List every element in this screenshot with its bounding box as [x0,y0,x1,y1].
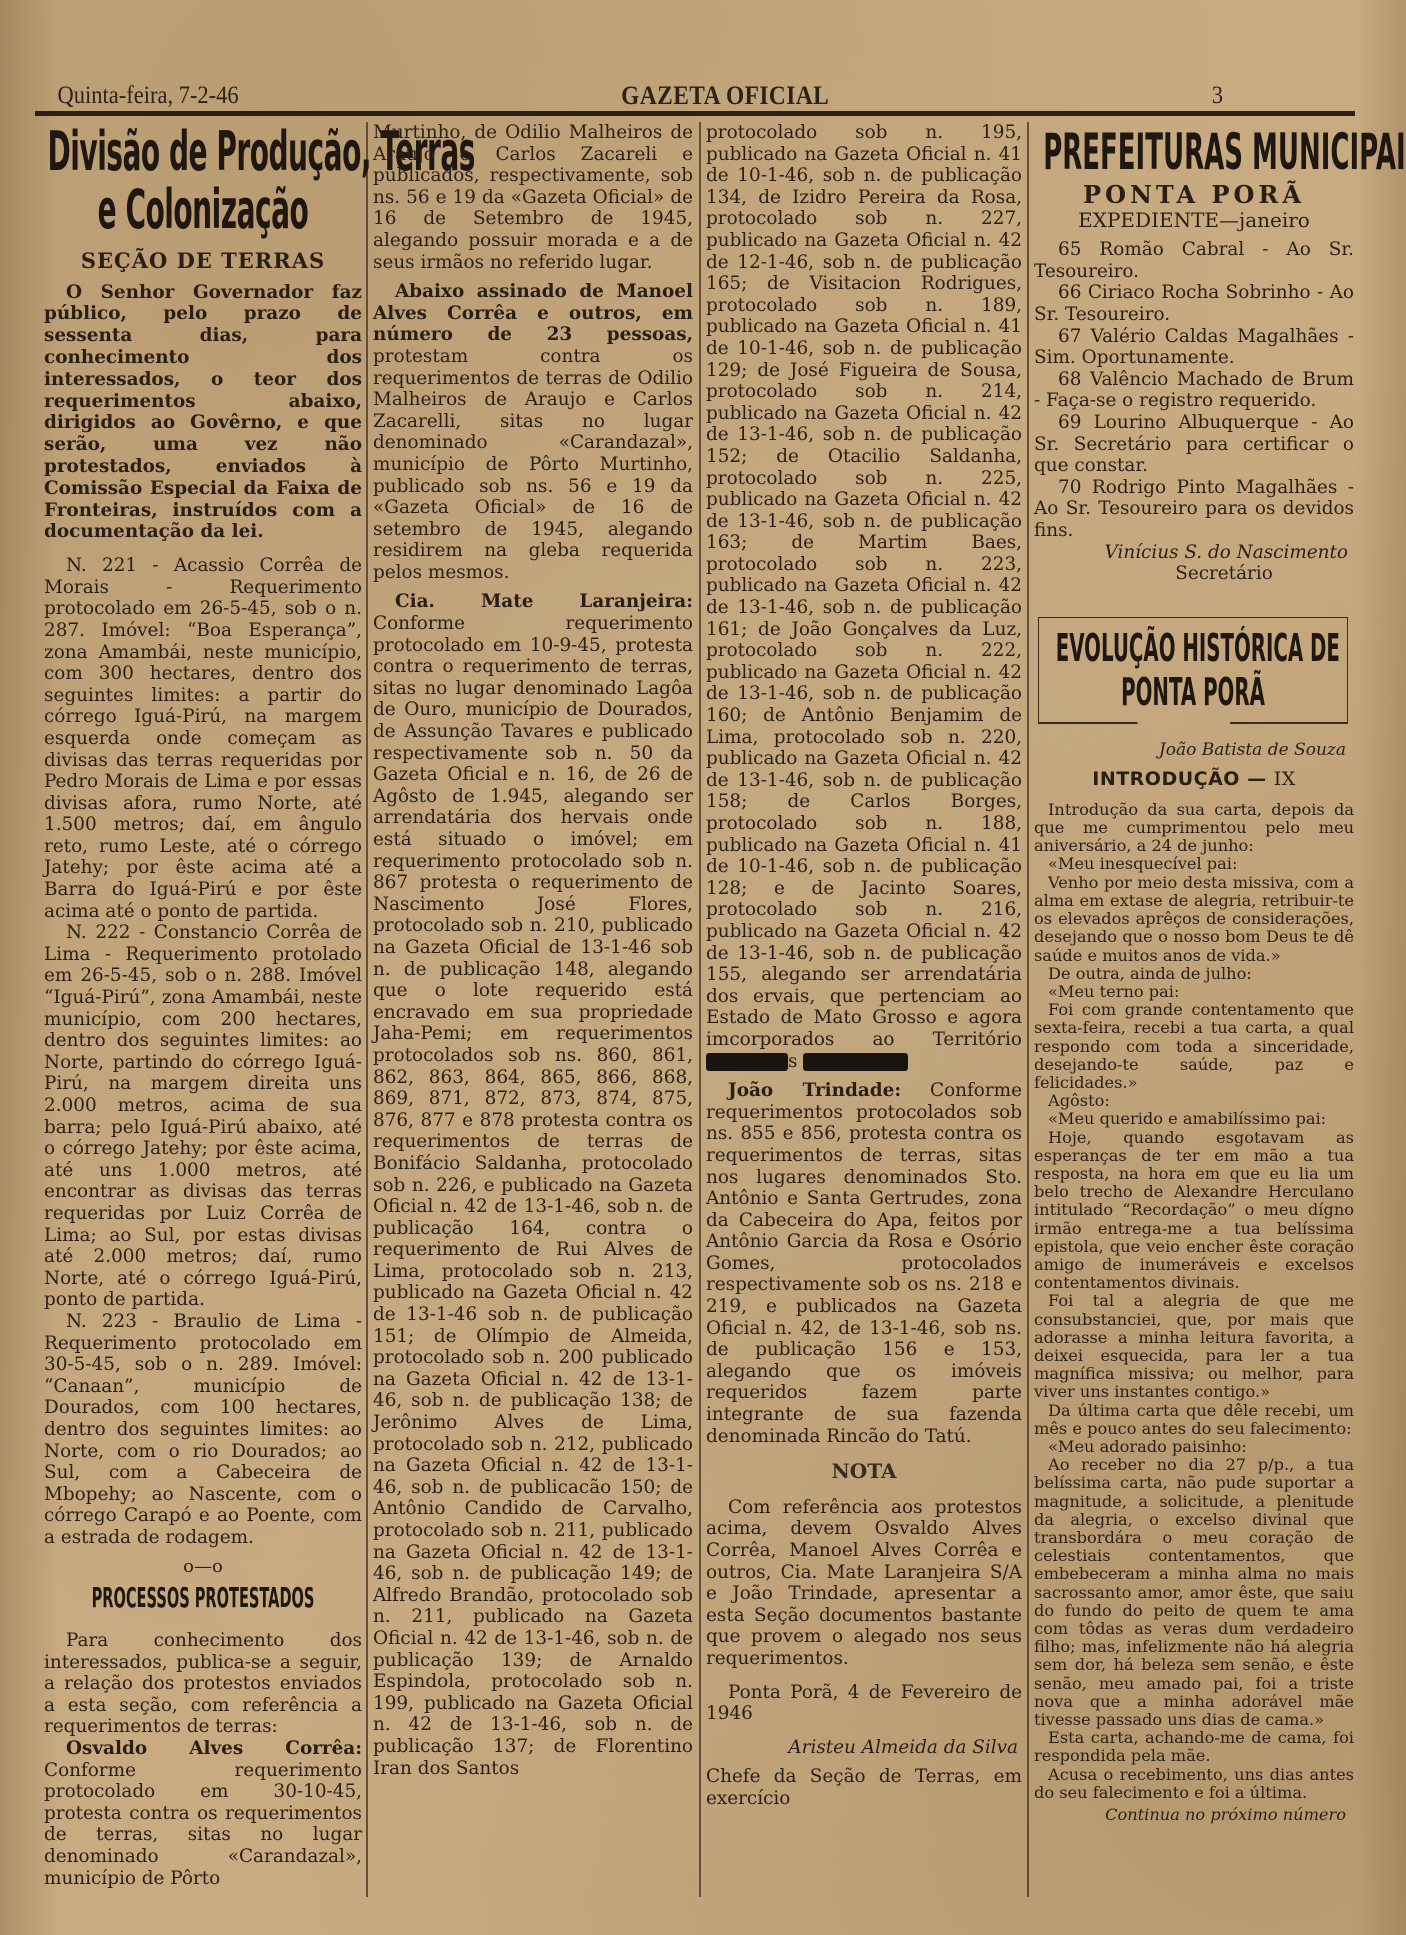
division-title-line1: Divisão de Produção, Terras [48,124,359,180]
article-paragraph: «Meu terno pai: [1034,983,1354,1001]
article-paragraph: De outra, ainda de julho: [1034,965,1354,983]
separator: o—o [44,1556,362,1578]
protester-name: João Trindade: [728,1080,901,1101]
protest-text: Conforme requerimentos protocolados sob … [706,1080,1022,1447]
nota-heading: NOTA [706,1461,1022,1483]
protest-text: protestam contra os requerimentos de ter… [373,346,693,583]
column-1: Divisão de Produção, Terras e Colonizaçã… [44,122,362,1895]
protest-text: protocolado sob n. 195, publicado na Gaz… [706,122,1022,1050]
article-paragraph: Acusa o recebimento, uns dias antes do s… [1034,1766,1354,1802]
article-author: João Batista de Souza [1034,740,1346,762]
column-4: PREFEITURAS MUNICIPAIS PONTA PORÃ EXPEDI… [1034,122,1354,1895]
masthead: Quinta-feira, 7-2-46 GAZETA OFICIAL 3 [35,78,1223,114]
newspaper-title: GAZETA OFICIAL [621,81,829,111]
redacted-text [706,1053,788,1071]
entry-221: N. 221 - Acassio Corrêa de Morais - Requ… [44,555,362,922]
list-item: 67 Valério Caldas Magalhães - Sim. Oport… [1034,326,1354,369]
signature-title: Chefe da Seção de Terras, em exercício [706,1766,1022,1809]
evolucao-title-box: EVOLUÇÃO HISTÓRICA DE PONTA PORÃ [1038,617,1348,724]
article-paragraph: Foi com grande contentamento que sexta-f… [1034,1001,1354,1092]
prefeituras-heading: PREFEITURAS MUNICIPAIS [1043,124,1345,180]
division-title-line2: e Colonização [48,182,359,238]
entry-223: N. 223 - Braulio de Lima - Requerimento … [44,1311,362,1549]
column-3: protocolado sob n. 195, publicado na Gaz… [706,122,1022,1895]
list-item: 65 Romão Cabral - Ao Sr. Tesoureiro. [1034,239,1354,282]
list-item: 69 Lourino Albuquerque - Ao Sr. Secretár… [1034,412,1354,477]
article-paragraph: Ao receber no dia 27 p/p., a tua belíssi… [1034,1456,1354,1729]
governor-notice: O Senhor Governador faz público, pelo pr… [44,282,362,544]
issue-date: Quinta-feira, 7-2-46 [35,82,239,110]
evolucao-title-line1: EVOLUÇÃO HISTÓRICA DE [1056,626,1331,670]
column-divider [366,122,368,1897]
chapter-number: IX [1274,768,1296,790]
protest-text: Conforme requerimento protocolado em 30-… [44,1760,362,1889]
column-divider [1027,122,1029,1897]
entry-222: N. 222 - Constancio Corrêa de Lima - Req… [44,922,362,1311]
article-paragraph: Introdução da sua carta, depois da que m… [1034,801,1354,856]
protest-cia-mate: Cia. Mate Laranjeira: Conforme requerime… [373,591,693,1779]
signer-title: Secretário [1094,563,1354,585]
article-paragraph: «Meu querido e amabilíssimo pai: [1034,1110,1354,1128]
article-paragraph: «Meu adorado paisinho: [1034,1438,1354,1456]
protest-manoel: Abaixo assinado de Manoel Alves Corrêa e… [373,281,693,583]
evolucao-title-line2: PONTA PORÃ [1056,670,1331,714]
protest-osvaldo-continued: Murtinho, de Odilio Malheiros de Araujo … [373,122,693,273]
expediente-heading: EXPEDIENTE—janeiro [1034,210,1354,232]
processos-heading: PROCESSOS PROTESTADOS [58,1580,348,1616]
protester-name: Cia. Mate Laranjeira: [395,591,693,612]
expediente-list: 65 Romão Cabral - Ao Sr. Tesoureiro. 66 … [1034,239,1354,541]
article-paragraph: Esta carta, achando-me de cama, foi resp… [1034,1729,1354,1765]
article-paragraph: Foi tal a alegria de que me consubstanci… [1034,1292,1354,1401]
masthead-rule [35,111,1355,116]
processos-intro: Para conhecimento dos interessados, publ… [44,1630,362,1738]
section-heading: SEÇÃO DE TERRAS [44,250,362,272]
protest-joao-trindade: João Trindade: Conforme requerimentos pr… [706,1080,1022,1447]
column-divider [699,122,701,1897]
article-paragraph: Da última carta que dêle recebi, um mês … [1034,1402,1354,1438]
chapter-label: INTRODUÇÃO — [1092,768,1266,790]
protest-osvaldo: Osvaldo Alves Corrêa: Conforme requerime… [44,1738,362,1889]
protester-name: Osvaldo Alves Corrêa: [66,1738,362,1759]
list-item: 66 Ciriaco Rocha Sobrinho - Ao Sr. Tesou… [1034,282,1354,325]
signer: Vinícius S. do Nascimento [1034,542,1348,564]
article-paragraph: Venho por meio desta missiva, com a alma… [1034,874,1354,965]
place-date: Ponta Porã, 4 de Fevereiro de 1946 [706,1682,1022,1725]
article-body: Introdução da sua carta, depois da que m… [1034,801,1354,1824]
signature: Aristeu Almeida da Silva [706,1737,1018,1759]
continued-note: Continua no próximo número [1034,1806,1346,1824]
redacted-text [803,1053,908,1071]
protest-text-tail: s [788,1051,797,1072]
article-paragraph: Agôsto: [1034,1092,1354,1110]
article-paragraph: «Meu inesquecível pai: [1034,855,1354,873]
article-paragraph: Hoje, quando esgotavam as esperanças de … [1034,1129,1354,1293]
list-item: 70 Rodrigo Pinto Magalhães - Ao Sr. Teso… [1034,477,1354,542]
paper-edge-shadow-right [1356,0,1406,1935]
column-2: Murtinho, de Odilio Malheiros de Araujo … [373,122,693,1895]
list-item: 68 Valêncio Machado de Brum - Faça-se o … [1034,369,1354,412]
page-number: 3 [1212,82,1223,110]
city-heading: PONTA PORÃ [1034,184,1354,206]
protester-name: Abaixo assinado de Manoel Alves Corrêa e… [373,281,693,345]
protest-cia-mate-continued: protocolado sob n. 195, publicado na Gaz… [706,122,1022,1072]
chapter-heading: INTRODUÇÃO — IX [1034,769,1354,791]
nota-text: Com referência aos protestos acima, deve… [706,1497,1022,1670]
protest-text: Conforme requerimento protocolado em 10-… [373,613,693,1778]
